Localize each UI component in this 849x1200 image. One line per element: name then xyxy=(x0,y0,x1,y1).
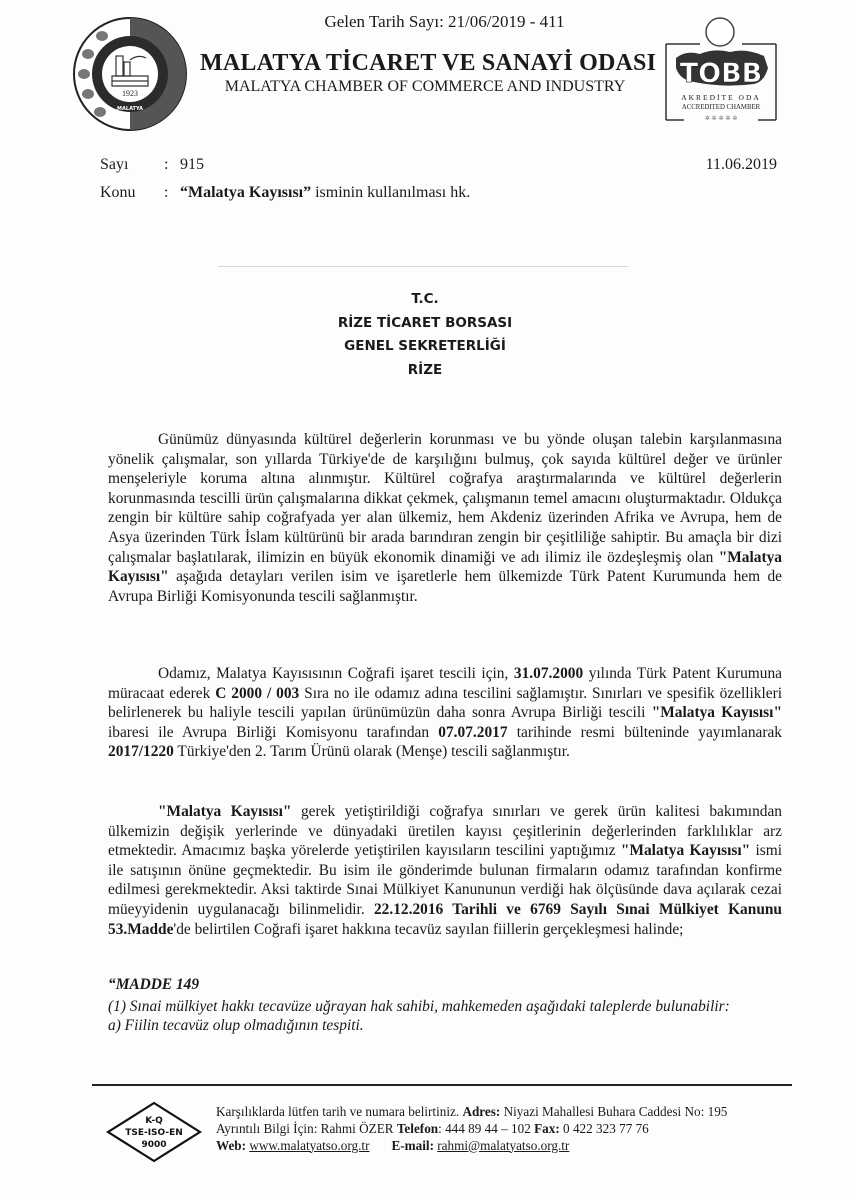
subject-line: Konu:“Malatya Kayısısı” isminin kullanıl… xyxy=(100,184,470,202)
svg-text:TSE-ISO-EN: TSE-ISO-EN xyxy=(125,1128,183,1138)
svg-text:K-Q: K-Q xyxy=(145,1116,163,1126)
letterhead-title-tr: MALATYA TİCARET VE SANAYİ ODASI xyxy=(200,50,650,77)
chamber-seal-icon: 1923 MALATYA xyxy=(72,16,188,132)
letterhead-title-en: MALATYA CHAMBER OF COMMERCE AND INDUSTRY xyxy=(200,78,650,96)
footer-phone-line: Ayrıntılı Bilgi İçin: Rahmi ÖZER Telefon… xyxy=(216,1121,796,1138)
footer-contact: Karşılıklarda lütfen tarih ve numara bel… xyxy=(216,1104,796,1154)
svg-text:AKREDİTE ODA: AKREDİTE ODA xyxy=(681,93,761,102)
svg-text:✲ ✲ ✲ ✲ ✲: ✲ ✲ ✲ ✲ ✲ xyxy=(705,115,738,122)
law-quote: “MADDE 149 (1) Sınai mülkiyet hakkı teca… xyxy=(108,975,782,1036)
svg-text:ACCREDITED CHAMBER: ACCREDITED CHAMBER xyxy=(682,104,761,111)
website-link[interactable]: www.malatyatso.org.tr xyxy=(249,1138,369,1153)
svg-text:1923: 1923 xyxy=(122,89,138,98)
footer-address-line: Karşılıklarda lütfen tarih ve numara bel… xyxy=(216,1104,796,1121)
law-heading: “MADDE 149 xyxy=(108,975,782,995)
body-paragraph-1: Günümüz dünyasında kültürel değerlerin k… xyxy=(108,430,782,606)
body-paragraph-2: Odamız, Malatya Kayısısının Coğrafi işar… xyxy=(108,664,782,762)
tobb-accredited-icon: TOBB AKREDİTE ODA ACCREDITED CHAMBER ✲ ✲… xyxy=(662,14,780,126)
footer-divider xyxy=(92,1084,792,1086)
tse-iso-badge-icon: K-Q TSE-ISO-EN 9000 xyxy=(106,1101,202,1163)
law-item: a) Fiilin tecavüz olup olmadığının tespi… xyxy=(108,1016,782,1036)
addressee-block: T.C. RİZE TİCARET BORSASI GENEL SEKRETER… xyxy=(230,288,620,382)
svg-text:TOBB: TOBB xyxy=(680,58,763,89)
footer-web-line: Web: www.malatyatso.org.trE-mail: rahmi@… xyxy=(216,1138,796,1155)
law-item: (1) Sınai mülkiyet hakkı tecavüze uğraya… xyxy=(108,997,782,1017)
divider xyxy=(218,266,628,267)
letter-date: 11.06.2019 xyxy=(706,156,777,174)
reference-number: Sayı:915 xyxy=(100,156,204,174)
email-link[interactable]: rahmi@malatyatso.org.tr xyxy=(437,1138,569,1153)
svg-text:MALATYA: MALATYA xyxy=(117,106,143,112)
svg-text:9000: 9000 xyxy=(141,1140,166,1150)
body-paragraph-3: "Malatya Kayısısı" gerek yetiştirildiği … xyxy=(108,802,782,939)
letter-page: Gelen Tarih Sayı: 21/06/2019 - 411 1923 … xyxy=(0,0,849,1200)
